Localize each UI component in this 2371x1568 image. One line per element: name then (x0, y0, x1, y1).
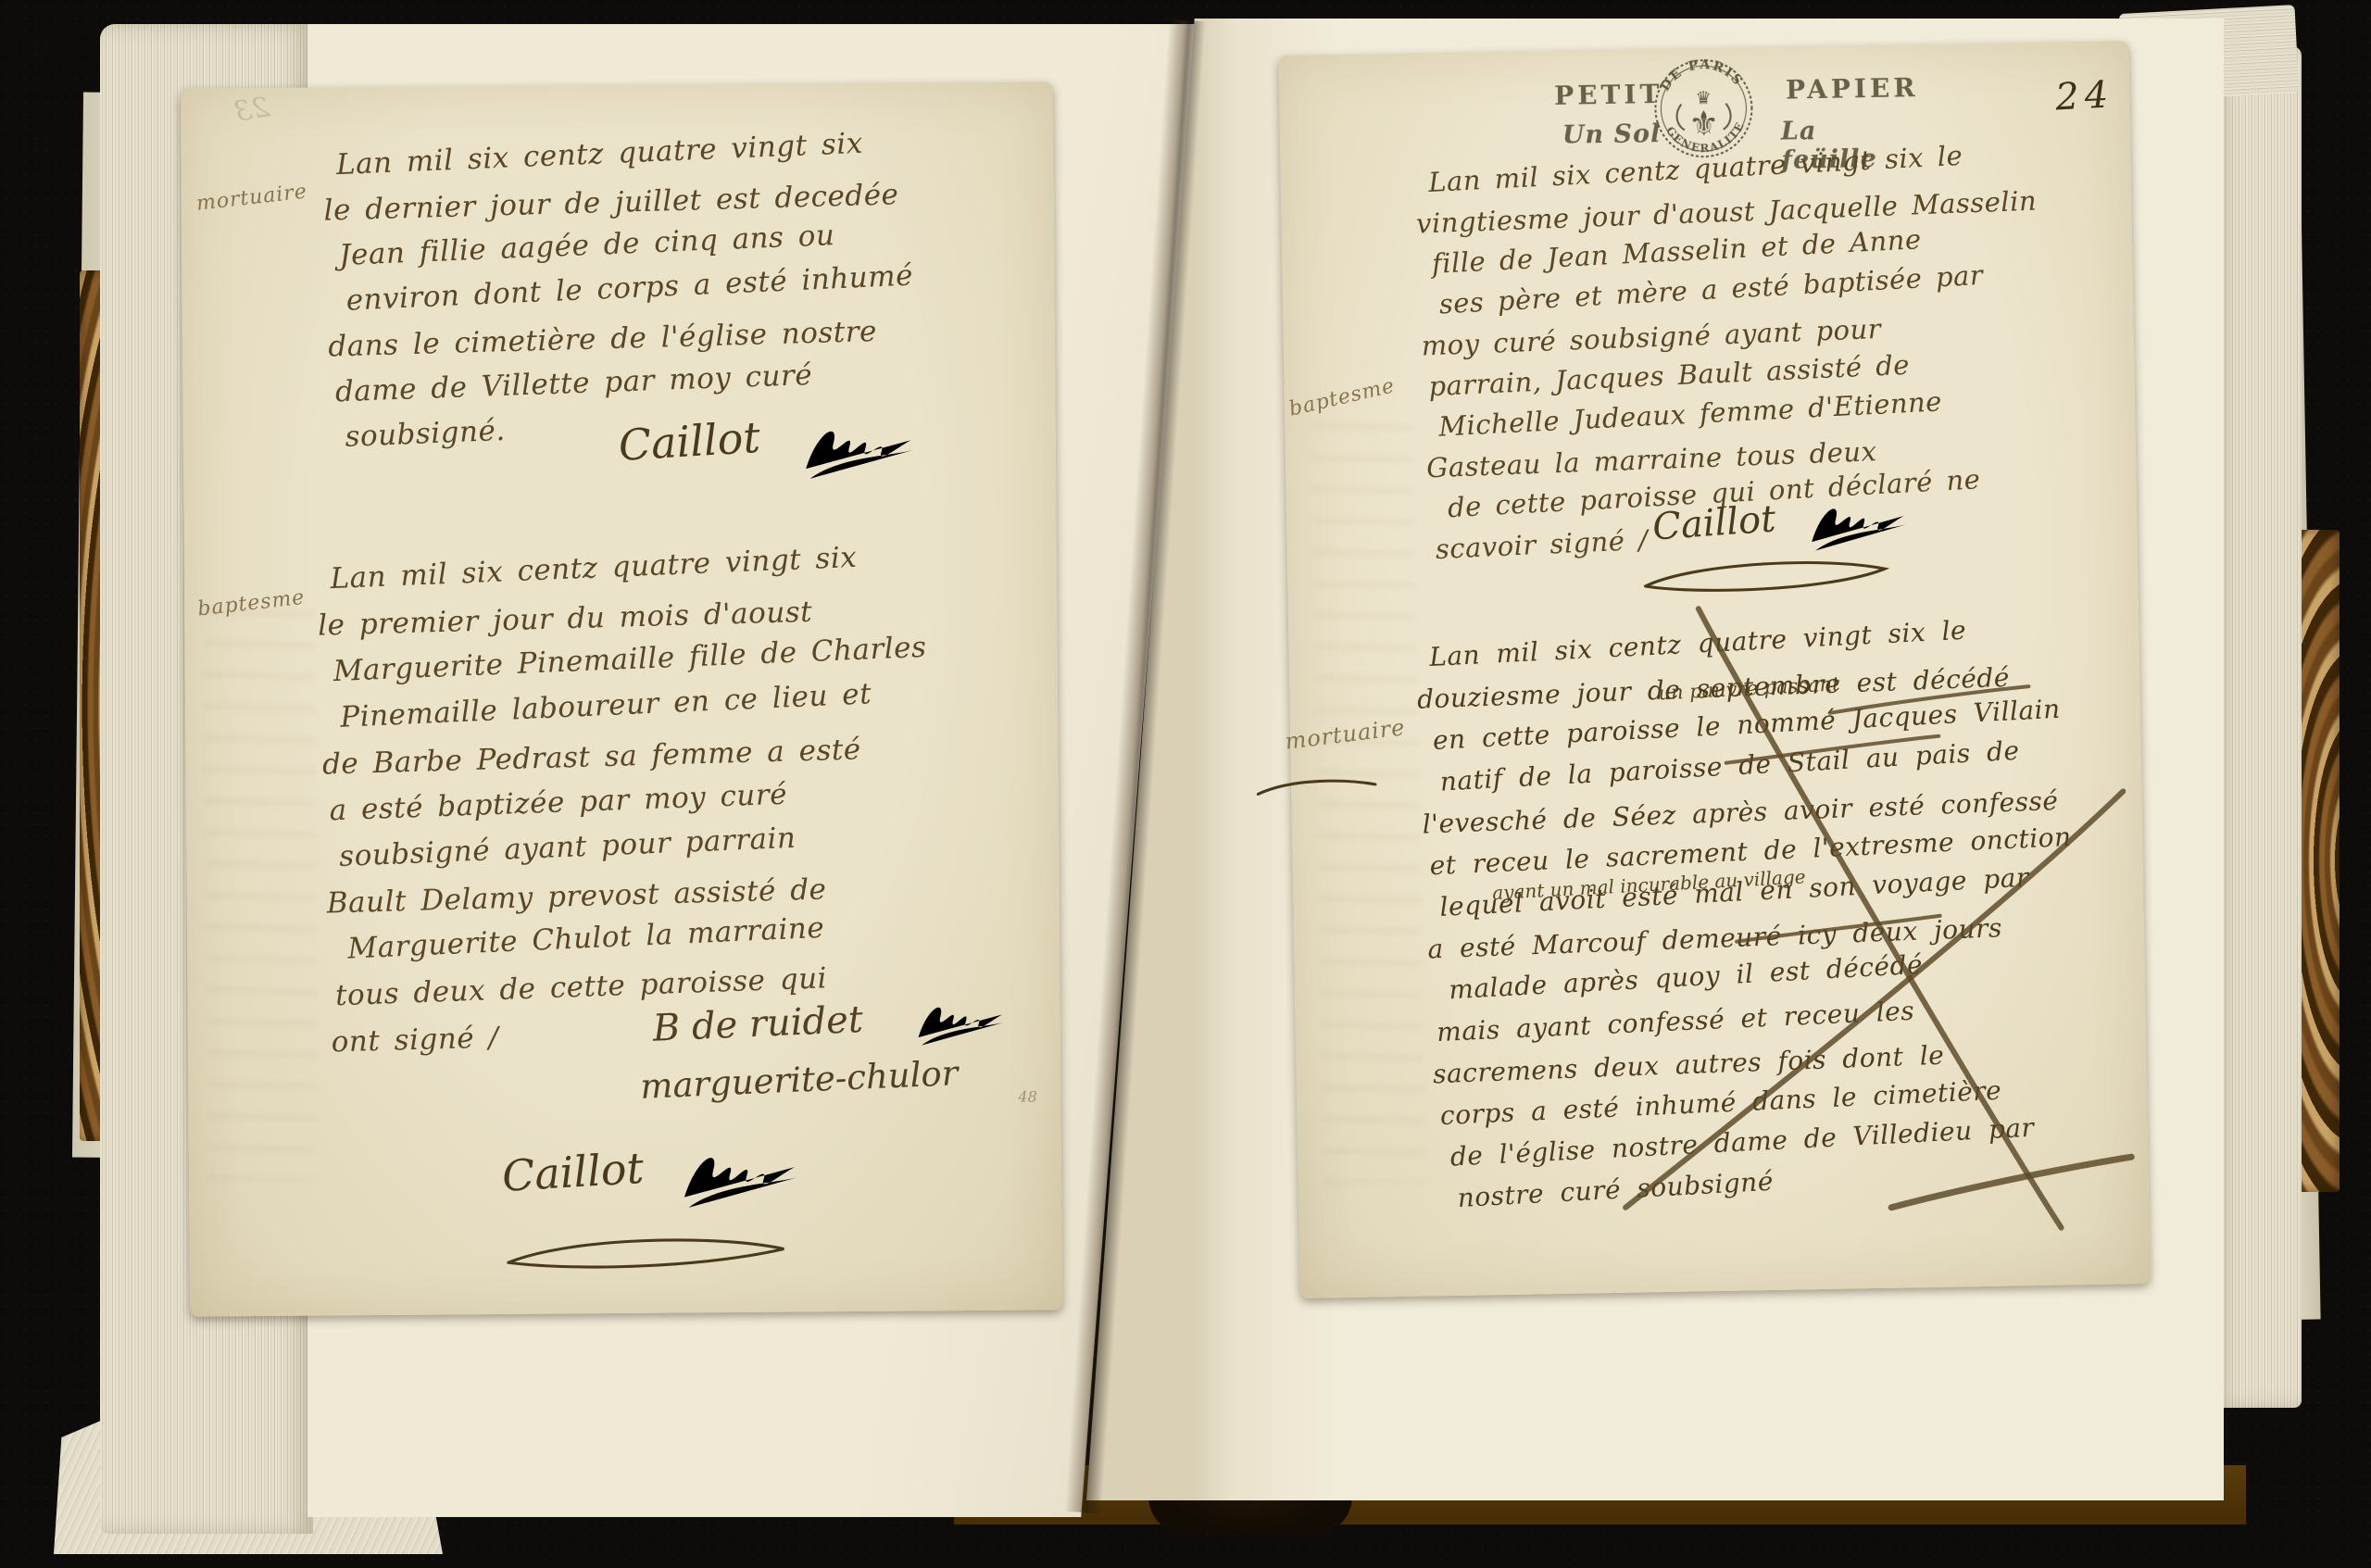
margin-note-mortuaire: mortuaire (195, 180, 308, 215)
signature-paraph-icon (799, 416, 921, 486)
ink-showthrough (203, 607, 319, 1182)
photograph-open-register: 23 mortuaire Lan mil six centz quatre vi… (0, 0, 2371, 1568)
witness-signature: B de ruidet (652, 998, 864, 1050)
leaf-corner-mark: 48 (1018, 1087, 1037, 1105)
burial-entry-left: Lan mil six centz quatre vingt sixle der… (327, 121, 1022, 461)
ghost-page-number: 23 (232, 91, 271, 129)
baptism-entry-left: Lan mil six centz quatre vingt sixle pre… (321, 533, 1050, 1066)
signature-text: Caillot (501, 1143, 646, 1201)
witness-paraph-icon (910, 996, 1012, 1052)
signature-paraph-icon (678, 1141, 804, 1216)
witness-signature-2: marguerite-chulor (639, 1053, 959, 1107)
left-manuscript-leaf: 23 mortuaire Lan mil six centz quatre vi… (181, 82, 1062, 1316)
cancellation-cross-strokes (1278, 41, 2150, 1298)
curate-signature: Caillot (617, 412, 761, 470)
right-manuscript-leaf: PETIT PAPIER Un Sol La feüille DE PARIS … (1278, 41, 2150, 1298)
right-fore-edge-pages (2214, 46, 2302, 1408)
signature-underline-flourish (505, 1233, 792, 1275)
signature-text: Caillot (617, 412, 761, 470)
curate-signature-2: Caillot (501, 1143, 646, 1201)
